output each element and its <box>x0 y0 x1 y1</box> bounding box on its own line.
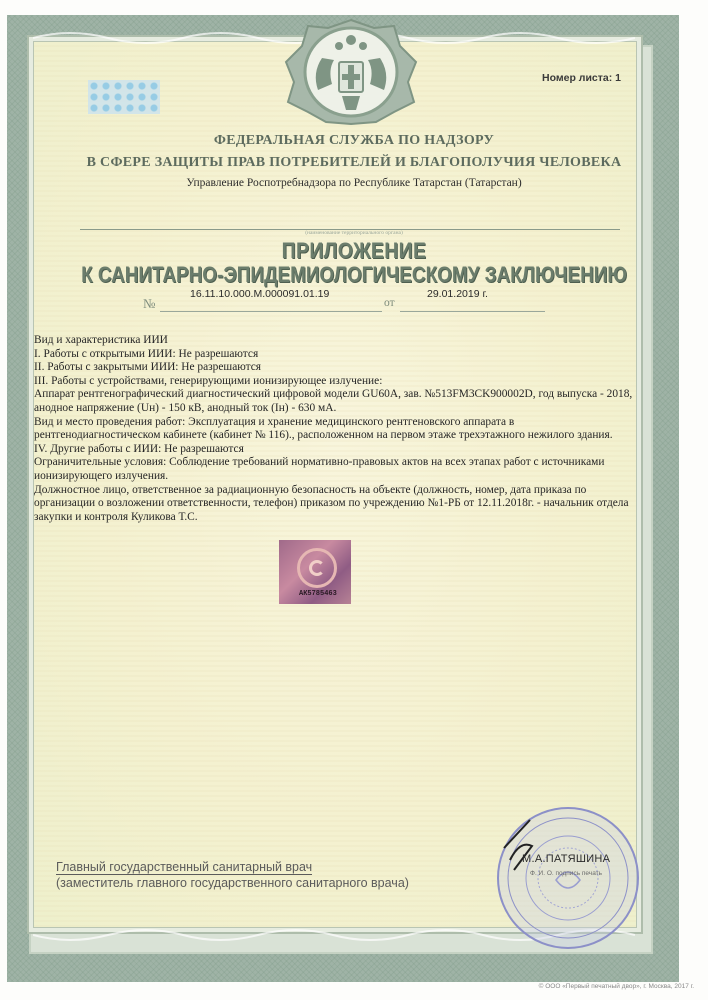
agency-name-line2: В СФЕРЕ ЗАЩИТЫ ПРАВ ПОТРЕБИТЕЛЕЙ И БЛАГО… <box>0 155 708 171</box>
document-number: 16.11.10.000.М.000091.01.19 <box>190 288 329 300</box>
body-line: II. Работы с закрытыми ИИИ: Не разрешают… <box>34 361 664 375</box>
body-line: закупки и контроля Куликова Т.С. <box>34 511 664 525</box>
body-line: Должностное лицо, ответственное за радиа… <box>34 484 664 498</box>
body-line: Ограничительные условия: Соблюдение треб… <box>34 456 664 470</box>
body-line: I. Работы с открытыми ИИИ: Не разрешаютс… <box>34 348 664 362</box>
document-body: Вид и характеристика ИИИ I. Работы с отк… <box>34 334 664 524</box>
printer-credit: © ООО «Первый печатный двор», г. Москва,… <box>539 983 694 990</box>
number-label: № <box>143 296 155 312</box>
body-line: Вид и место проведения работ: Эксплуатац… <box>34 416 664 430</box>
body-line: III. Работы с устройствами, генерирующим… <box>34 375 664 389</box>
hologram-sticker: АК5785463 <box>279 540 351 604</box>
body-line: IV. Другие работы с ИИИ: Не разрешаются <box>34 443 664 457</box>
signatory-title: Главный государственный санитарный врач <box>56 860 312 875</box>
hologram-logo-icon <box>297 548 337 588</box>
document-date: 29.01.2019 г. <box>427 288 488 300</box>
org-caption: (наименование территориального органа) <box>0 230 708 236</box>
date-label: от <box>384 297 395 309</box>
body-line: анодное напряжение (Uн) - 150 кВ, анодны… <box>34 402 664 416</box>
sheet-number: Номер листа: 1 <box>542 72 621 84</box>
number-underline <box>160 311 382 312</box>
regional-branch: Управление Роспотребнадзора по Республик… <box>0 177 708 189</box>
hologram-code: АК5785463 <box>299 590 337 598</box>
document-subtitle: К САНИТАРНО-ЭПИДЕМИОЛОГИЧЕСКОМУ ЗАКЛЮЧЕН… <box>50 262 659 288</box>
signatory-subtitle: (заместитель главного государственного с… <box>56 876 409 890</box>
document-title: ПРИЛОЖЕНИЕ <box>42 238 665 264</box>
signer-name: М.А.ПАТЯШИНА <box>522 853 610 865</box>
date-underline <box>400 311 545 312</box>
signer-caption: Ф. И. О. подпись печать <box>530 870 602 877</box>
body-line: организации о возложении ответственности… <box>34 497 664 511</box>
body-line: рентгенодиагностическом кабинете (кабине… <box>34 429 664 443</box>
body-line: ионизирующего излучения. <box>34 470 664 484</box>
security-hologram-strip <box>88 80 160 114</box>
body-line: Аппарат рентгенографический диагностичес… <box>34 388 664 402</box>
body-line: Вид и характеристика ИИИ <box>34 334 664 348</box>
emblem-icon <box>282 18 420 126</box>
agency-name-line1: ФЕДЕРАЛЬНАЯ СЛУЖБА ПО НАДЗОРУ <box>0 133 708 149</box>
